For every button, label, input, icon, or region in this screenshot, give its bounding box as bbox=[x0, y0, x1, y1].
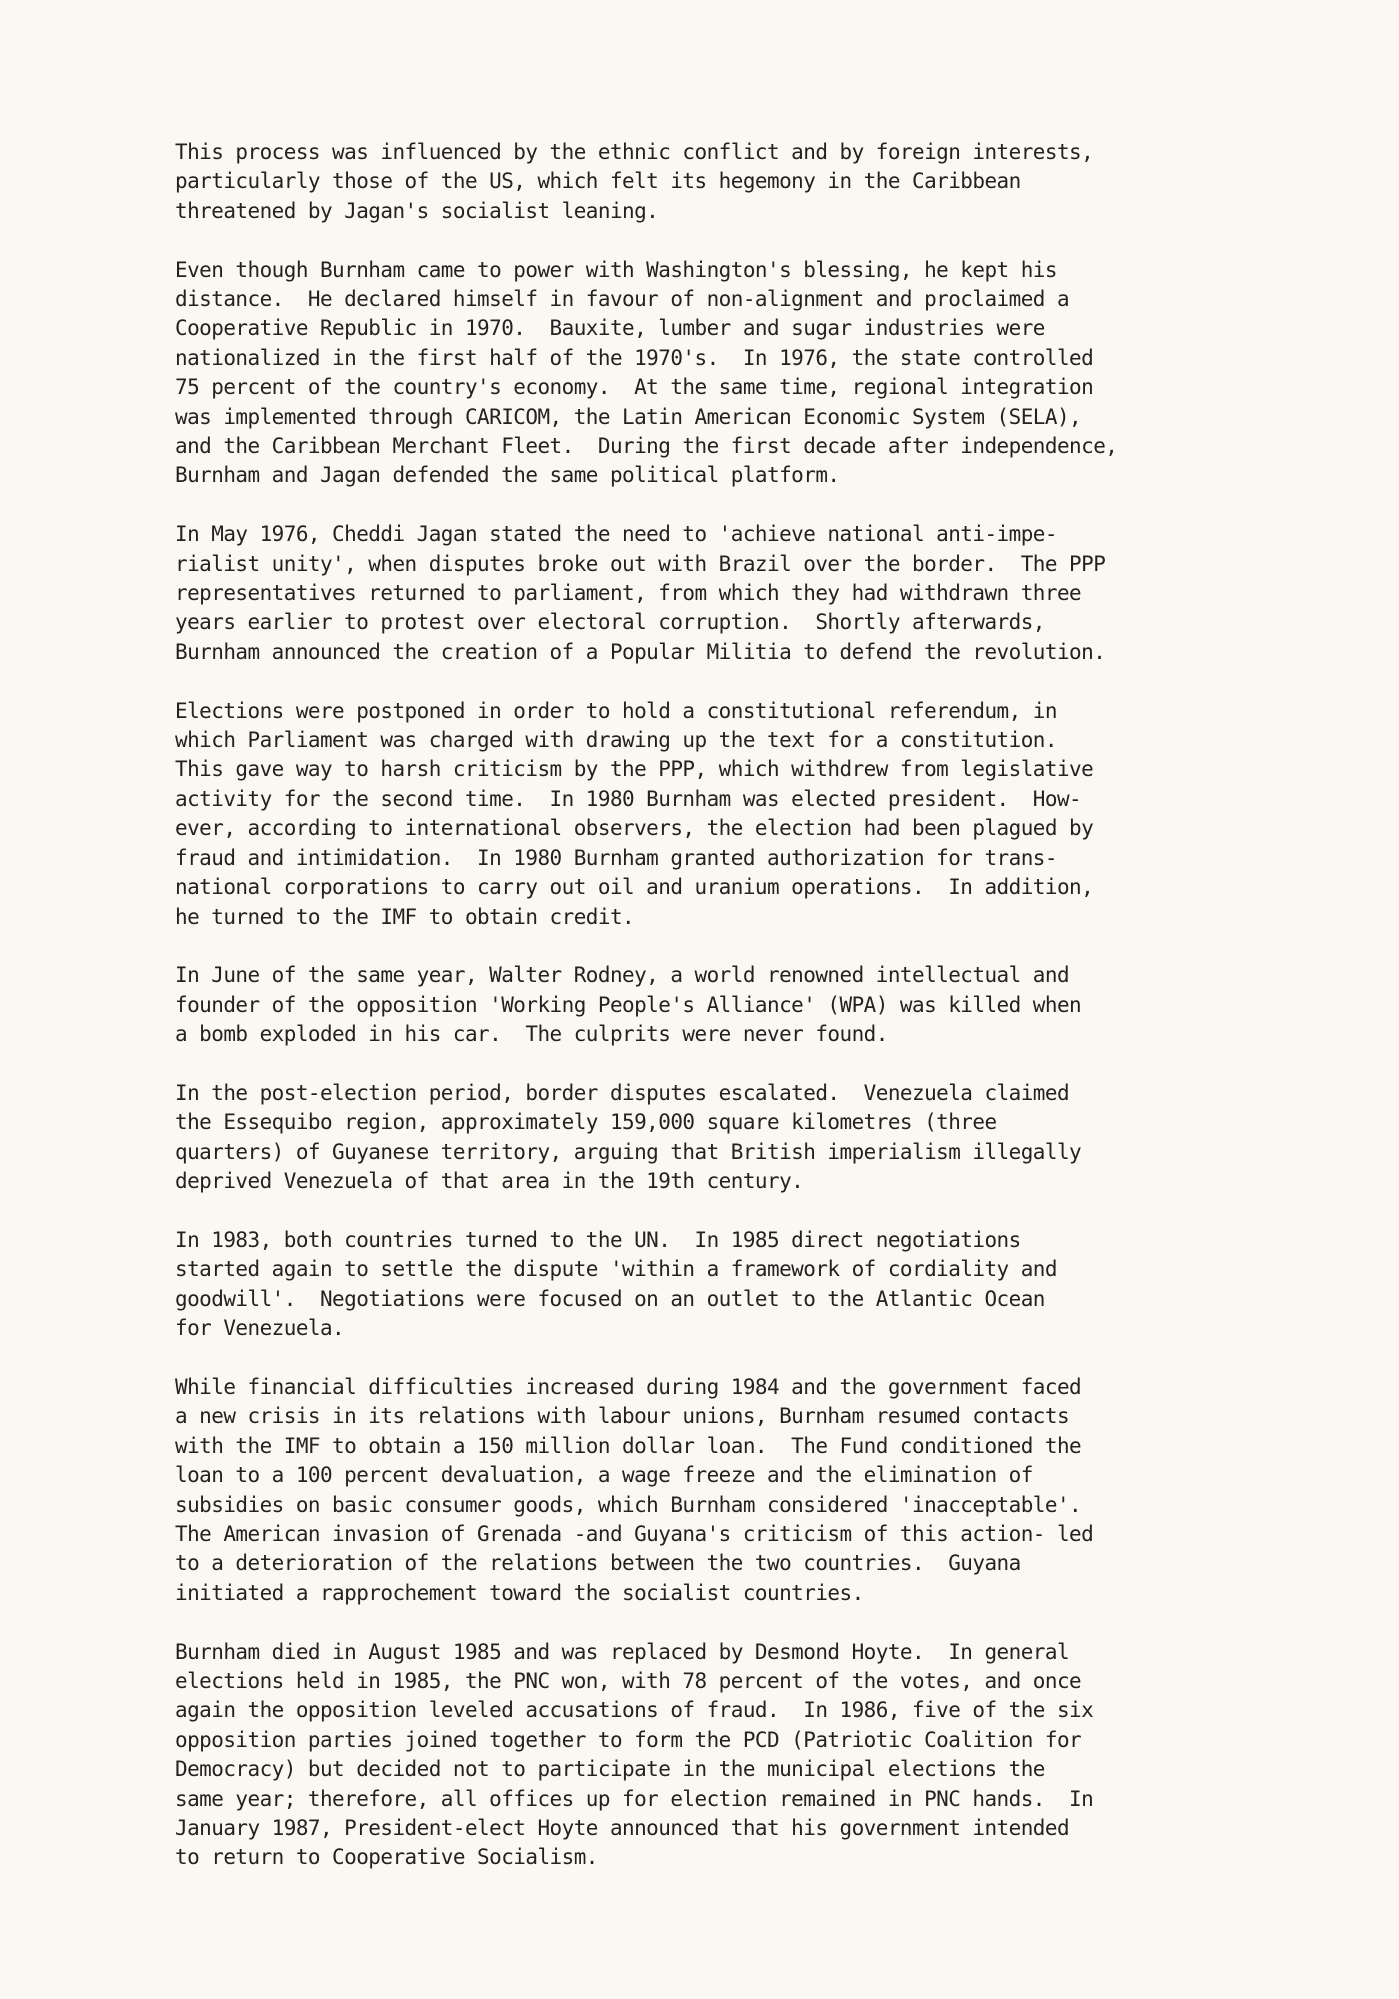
text-line: activity for the second time. In 1980 Bu… bbox=[175, 785, 1273, 814]
text-line: subsidies on basic consumer goods, which… bbox=[175, 1491, 1273, 1520]
text-line: again the opposition leveled accusations… bbox=[175, 1696, 1273, 1725]
paragraph: While financial difficulties increased d… bbox=[175, 1373, 1273, 1608]
text-line: with the IMF to obtain a 150 million dol… bbox=[175, 1432, 1273, 1461]
text-line: This process was influenced by the ethni… bbox=[175, 138, 1273, 167]
text-line: threatened by Jagan's socialist leaning. bbox=[175, 197, 1273, 226]
text-line: loan to a 100 percent devaluation, a wag… bbox=[175, 1461, 1273, 1490]
paragraph: Even though Burnham came to power with W… bbox=[175, 256, 1273, 491]
text-line: he turned to the IMF to obtain credit. bbox=[175, 903, 1273, 932]
paragraph: Burnham died in August 1985 and was repl… bbox=[175, 1638, 1273, 1873]
text-line: ever, according to international observe… bbox=[175, 814, 1273, 843]
paragraph: Elections were postponed in order to hol… bbox=[175, 697, 1273, 932]
text-line: for Venezuela. bbox=[175, 1314, 1273, 1343]
text-line: The American invasion of Grenada -and Gu… bbox=[175, 1520, 1273, 1549]
text-line: started again to settle the dispute 'wit… bbox=[175, 1255, 1273, 1284]
paragraph: In the post-election period, border disp… bbox=[175, 1079, 1273, 1197]
text-line: the Essequibo region, approximately 159,… bbox=[175, 1108, 1273, 1137]
text-line: In May 1976, Cheddi Jagan stated the nee… bbox=[175, 520, 1273, 549]
text-line: founder of the opposition 'Working Peopl… bbox=[175, 991, 1273, 1020]
text-line: distance. He declared himself in favour … bbox=[175, 285, 1273, 314]
paragraph: This process was influenced by the ethni… bbox=[175, 138, 1273, 226]
text-line: Burnham died in August 1985 and was repl… bbox=[175, 1638, 1273, 1667]
text-line: This gave way to harsh criticism by the … bbox=[175, 755, 1273, 784]
text-line: Burnham announced the creation of a Popu… bbox=[175, 638, 1273, 667]
text-line: same year; therefore, all offices up for… bbox=[175, 1785, 1273, 1814]
text-line: years earlier to protest over electoral … bbox=[175, 608, 1273, 637]
text-line: national corporations to carry out oil a… bbox=[175, 873, 1273, 902]
text-line: deprived Venezuela of that area in the 1… bbox=[175, 1167, 1273, 1196]
text-line: Even though Burnham came to power with W… bbox=[175, 256, 1273, 285]
text-line: which Parliament was charged with drawin… bbox=[175, 726, 1273, 755]
text-line: nationalized in the first half of the 19… bbox=[175, 344, 1273, 373]
text-line: a bomb exploded in his car. The culprits… bbox=[175, 1020, 1273, 1049]
text-line: January 1987, President-elect Hoyte anno… bbox=[175, 1814, 1273, 1843]
text-line: Elections were postponed in order to hol… bbox=[175, 697, 1273, 726]
text-line: opposition parties joined together to fo… bbox=[175, 1726, 1273, 1755]
paragraph: In 1983, both countries turned to the UN… bbox=[175, 1226, 1273, 1344]
text-line: Burnham and Jagan defended the same poli… bbox=[175, 461, 1273, 490]
text-line: fraud and intimidation. In 1980 Burnham … bbox=[175, 844, 1273, 873]
text-line: goodwill'. Negotiations were focused on … bbox=[175, 1285, 1273, 1314]
document-page: This process was influenced by the ethni… bbox=[175, 138, 1273, 1902]
text-line: In the post-election period, border disp… bbox=[175, 1079, 1273, 1108]
text-line: rialist unity', when disputes broke out … bbox=[175, 550, 1273, 579]
text-line: In June of the same year, Walter Rodney,… bbox=[175, 961, 1273, 990]
text-line: Democracy) but decided not to participat… bbox=[175, 1755, 1273, 1784]
text-line: a new crisis in its relations with labou… bbox=[175, 1402, 1273, 1431]
text-line: quarters) of Guyanese territory, arguing… bbox=[175, 1138, 1273, 1167]
text-line: was implemented through CARICOM, the Lat… bbox=[175, 403, 1273, 432]
text-line: initiated a rapprochement toward the soc… bbox=[175, 1579, 1273, 1608]
text-line: to return to Cooperative Socialism. bbox=[175, 1843, 1273, 1872]
text-line: 75 percent of the country's economy. At … bbox=[175, 373, 1273, 402]
text-line: elections held in 1985, the PNC won, wit… bbox=[175, 1667, 1273, 1696]
text-line: to a deterioration of the relations betw… bbox=[175, 1549, 1273, 1578]
paragraph: In May 1976, Cheddi Jagan stated the nee… bbox=[175, 520, 1273, 667]
text-line: Cooperative Republic in 1970. Bauxite, l… bbox=[175, 314, 1273, 343]
text-line: representatives returned to parliament, … bbox=[175, 579, 1273, 608]
text-line: While financial difficulties increased d… bbox=[175, 1373, 1273, 1402]
paragraph: In June of the same year, Walter Rodney,… bbox=[175, 961, 1273, 1049]
text-line: and the Caribbean Merchant Fleet. During… bbox=[175, 432, 1273, 461]
text-line: particularly those of the US, which felt… bbox=[175, 167, 1273, 196]
text-line: In 1983, both countries turned to the UN… bbox=[175, 1226, 1273, 1255]
